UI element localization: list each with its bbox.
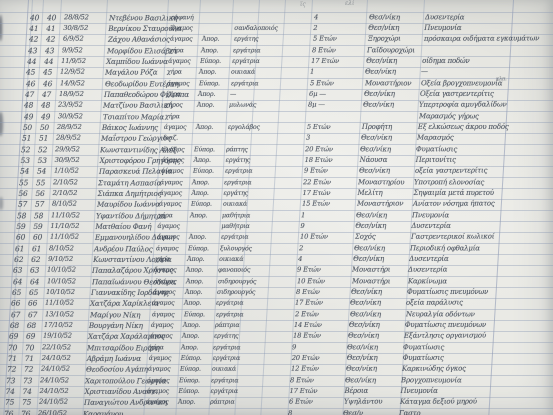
- cell-name: Υφαντίδου Δήμητρα: [96, 210, 165, 221]
- cell-serial-2: 75: [22, 397, 31, 408]
- cell-serial-1: 42: [29, 34, 38, 45]
- ledger-row: 595911/10/52Ματθαίου Φανήάγαμοςμαθήτρια9…: [0, 221, 539, 232]
- cell-date: 24/10/52: [42, 353, 71, 364]
- cell-cause: Δυσεντερία: [408, 265, 447, 276]
- cell-marital-status: άγαμος: [146, 397, 169, 408]
- cell-cause: Γαστρεντερικοί κωλικοί: [411, 231, 494, 242]
- cell-cause: Πνευμονία: [401, 386, 438, 397]
- cell-serial-1: 65: [12, 287, 21, 298]
- ledger-row: 414130/8/52Βερνίκου Σταυρούλαάγαμοςσανδα…: [0, 23, 552, 34]
- cell-occupation: εργάτρια: [221, 232, 248, 243]
- cell-cause: Εξ ελκώσεως άκρου ποδός: [418, 122, 509, 133]
- cell-occupation: εργάτρια: [233, 45, 260, 56]
- cell-serial-2: 47: [42, 89, 51, 100]
- cell-serial-2: 69: [26, 331, 35, 342]
- cell-age: 9 Ετών: [304, 166, 328, 177]
- cell-serial-2: 48: [41, 100, 50, 111]
- cell-serial-1: 44: [27, 56, 36, 67]
- ledger-row: 707022/10/52Μπιτσαρίδου ΕιρήνηχήραΆπορ.ε…: [0, 342, 531, 353]
- cell-date: 12/9/52: [60, 67, 85, 78]
- cell-cause: —: [421, 67, 428, 78]
- ledger-row: 727224/10/52Θεοδοσίου ΑγάπηάγαμοςΕύπορ.ο…: [0, 364, 530, 375]
- cell-occupation: εργάτης: [234, 34, 259, 45]
- cell-serial-2: 76: [21, 408, 30, 415]
- cell-serial-2: 62: [31, 254, 40, 265]
- cell-serial-2: 74: [23, 386, 32, 397]
- ledger-row: 42426/9/52Ζάχου ΑθανάσιοςάγαμοςΆπορ.εργά…: [0, 34, 552, 45]
- cell-age: 3: [306, 133, 310, 144]
- cell-marital-status: άγαμος: [147, 375, 170, 386]
- cell-date: 28/8/52: [64, 12, 89, 23]
- cell-cause: Φυματίωσις πνευμόνων: [405, 320, 486, 331]
- cell-class: Άπορ.: [202, 34, 219, 45]
- cell-occupation: σανδαλοποιός: [234, 23, 278, 34]
- cell-age: 18 Ετών: [293, 331, 321, 342]
- cell-cause: Υπερτροφία αμυγδαλίδων: [419, 99, 507, 110]
- cell-cause: Φυματίωσις: [403, 342, 444, 353]
- cell-serial-2: 59: [33, 221, 42, 232]
- ledger-row: 676713/10/52Μαρίγου ΝίκηάγαμοςΕύπορ.εργά…: [0, 309, 534, 320]
- cell-class: Άπορ.: [184, 298, 201, 309]
- cell-serial-2: 68: [27, 320, 36, 331]
- cell-serial-1: 71: [8, 353, 17, 364]
- cell-class: Εύπορ.: [181, 353, 202, 364]
- cell-occupation: εργάτρια: [231, 78, 258, 89]
- cell-age: 8 Ετών: [312, 45, 336, 56]
- cell-class: Άπορ.: [199, 67, 216, 78]
- cell-place: Μοναστήρι: [352, 276, 390, 287]
- ledger-row: 717124/10/52Αβράμη ΙωάνναάγαμοςΕύπορ.εργ…: [0, 353, 531, 364]
- cell-marital-status: ορφανή: [171, 12, 194, 23]
- cell-serial-2: 67: [28, 309, 37, 320]
- cell-serial-1: 76: [4, 408, 13, 415]
- cell-marital-status: άγαμος: [161, 166, 184, 177]
- cell-marital-status: άγαμος: [151, 320, 173, 331]
- cell-occupation: εργάτρια: [232, 56, 259, 67]
- cell-date: 22/10/52: [42, 342, 71, 353]
- ledger-row: 454512/9/52Μαγάλου ΡόζαχήραΆπορ.οικιακά1…: [0, 67, 549, 78]
- cell-serial-2: 53: [38, 155, 47, 166]
- cell-class: Άπορ.: [178, 397, 195, 408]
- cell-marital-status: άγαμος: [162, 155, 184, 166]
- cell-age: 1: [310, 67, 314, 78]
- cell-serial-1: 64: [13, 276, 22, 287]
- cell-occupation: ράπτης: [226, 144, 248, 155]
- cell-age: 8μ —: [308, 100, 325, 111]
- cell-occupation: εργάτρια: [213, 342, 240, 353]
- cell-name: Τσιαπίτου Μαρία: [103, 111, 164, 122]
- cell-name: Μορφίδου Ελισάβετ: [107, 45, 177, 56]
- ledger-row: 747424/10/52Χριστιανίδου Αναστ.άγαμοςΕύπ…: [0, 386, 529, 397]
- cell-class: Εύπορ.: [179, 375, 200, 386]
- cell-interline-note: κλπ.: [496, 74, 507, 85]
- cell-place: Θεσ/νίκη: [353, 254, 384, 265]
- cell-age: 6 Ετών: [289, 397, 313, 408]
- cell-occupation: οικιακά: [223, 199, 247, 210]
- cell-age: 8 Ετών: [296, 287, 320, 298]
- cell-place: Θεσ/νίκη: [349, 320, 380, 331]
- cell-cause: οξεία γαστρεντερίτις: [415, 165, 487, 176]
- cell-age: 1: [301, 210, 305, 221]
- cell-serial-2: 66: [28, 298, 37, 309]
- cell-cause: Υποτροπή ελονοσίας: [414, 177, 484, 188]
- cell-cause: Φυματίωσις: [416, 144, 457, 155]
- cell-place: Μοναστήριον: [365, 78, 411, 89]
- cell-class: Άπορ.: [187, 254, 204, 265]
- cell-age: 17 Ετών: [290, 386, 318, 397]
- cell-serial-2: 44: [44, 56, 53, 67]
- cell-name: Μαυρίδου Ιωάννα: [97, 198, 160, 209]
- cell-cause: Οξεία γαστρεντερίτις: [420, 89, 494, 100]
- ledger-row: 474718/9/52Παπαθεοδώρου ΦίλιππαχήραΆπορ.…: [0, 89, 548, 100]
- cell-serial-2: 63: [30, 265, 39, 276]
- cell-name: Ντεβένου Βασιλική: [109, 12, 177, 23]
- cell-date: 28/9/52: [57, 122, 82, 133]
- cell-occupation: εργάτρια: [224, 177, 251, 188]
- cell-class: Άπορ.: [189, 232, 206, 243]
- cell-occupation: ράπτρια: [210, 397, 235, 408]
- cell-serial-1: 49: [24, 111, 33, 122]
- cell-age: 17 Ετών: [302, 188, 330, 199]
- cell-serial-1: 61: [15, 243, 24, 254]
- cell-age: 20 Ετών: [305, 144, 333, 155]
- cell-class: Εύπορ.: [200, 56, 221, 67]
- cell-marital-status: χήρα: [158, 210, 173, 221]
- cell-serial-2: 65: [29, 287, 38, 298]
- cell-place: Θεσ/νίκη: [369, 12, 400, 23]
- cell-serial-1: 41: [29, 23, 38, 34]
- ledger-row: 696919/10/52Χατζάρα ΧαράλαμποςάγαμοςΆπορ…: [0, 331, 532, 342]
- cell-date: 2/10/52: [53, 177, 78, 188]
- cell-class: Εύπορ.: [193, 166, 214, 177]
- cell-date: 17/10/52: [44, 320, 73, 331]
- ledger-row: 737324/10/52Χαριτοπούλου ΓεωργίαάγαμοςΕύ…: [0, 375, 529, 386]
- cell-marital-status: άγαμος: [152, 309, 175, 320]
- cell-cause: Μαρασμός γήρως: [419, 111, 479, 122]
- cell-cause: Εξάντλησις οργανισμού: [404, 330, 486, 341]
- cell-date: 11/10/52: [45, 298, 74, 309]
- ledger-row: 686817/10/52Βουργάνη ΝίκηάγαμοςΆπορ.ράπτ…: [0, 320, 533, 331]
- cell-place: Θεσ/νίκη: [350, 309, 381, 320]
- cell-serial-2: 51: [39, 133, 48, 144]
- cell-name: Χατζάρα Χαρίκλεια: [90, 297, 159, 308]
- cell-marital-status: χήρα: [149, 342, 164, 353]
- cell-serial-1: 46: [26, 78, 35, 89]
- cell-serial-2: 72: [24, 364, 33, 375]
- cell-age: 2: [299, 243, 303, 254]
- cell-class: Άπορ.: [182, 331, 199, 342]
- cell-occupation: φανοποιός: [218, 265, 250, 276]
- cell-serial-1: 75: [5, 397, 14, 408]
- cell-serial-2: 60: [33, 232, 42, 243]
- cell-age: 10 Ετών: [300, 232, 328, 243]
- clipped-previous-row-fragment: ελί: [345, 0, 354, 7]
- cell-date: 19/10/52: [43, 331, 72, 342]
- cell-serial-1: 60: [16, 232, 25, 243]
- cell-place: Θεσ/νίκη: [364, 89, 395, 100]
- cell-serial-1: 67: [11, 309, 20, 320]
- cell-cause: οίδημα ποδών: [422, 56, 469, 67]
- cell-age: 15 Ετών: [302, 199, 330, 210]
- cell-age: 6μ —: [309, 89, 326, 100]
- cell-serial-2: 64: [30, 276, 39, 287]
- cell-date: 6/9/52: [63, 34, 84, 45]
- cell-serial-2: 41: [46, 23, 55, 34]
- cell-age: 12 Ετών: [291, 364, 319, 375]
- cell-marital-status: άγαμος: [148, 364, 171, 375]
- cell-age: 8 Ετών: [290, 375, 314, 386]
- cell-occupation: εργάτης: [226, 155, 250, 166]
- cell-serial-1: 72: [7, 364, 16, 375]
- cell-occupation: οικιακά: [219, 254, 243, 265]
- cell-place: Νάουσα: [360, 155, 388, 166]
- cell-place: Θεσ/νίκη: [347, 342, 378, 353]
- cell-serial-2: 71: [25, 353, 34, 364]
- cell-occupation: εργάτρια: [211, 386, 238, 397]
- cell-marital-status: άγαμος: [160, 177, 183, 188]
- cell-marital-status: άγαμος: [156, 243, 179, 254]
- cell-date: 24/10/52: [41, 364, 70, 375]
- cell-cause: Καρκινώδης όγκος: [402, 363, 466, 374]
- cell-age: 8: [288, 408, 292, 415]
- cell-date: 18/9/52: [59, 89, 84, 100]
- cell-marital-status: άγαμος: [149, 353, 171, 364]
- cell-date: 2/10/52: [52, 188, 77, 199]
- cell-age: 2: [313, 23, 317, 34]
- ledger-row: 757524/10/52Παναγιώτου ΑνδρονίκηάγαμοςΆπ…: [0, 397, 528, 408]
- cell-occupation: εργάτρια: [213, 353, 240, 364]
- cell-serial-2: 52: [38, 144, 47, 155]
- cell-cause: Φυματίωσις πνευμόνων: [407, 287, 488, 298]
- cell-date: 30/8/52: [63, 23, 88, 34]
- ledger-row: 646410/10/52Παπαϊωάννου ΘεοδώραάγαμοςΆπο…: [0, 276, 536, 287]
- cell-name: Χαμπίδου Ιωάννα: [106, 56, 168, 67]
- cell-class: Εύπορ.: [191, 199, 212, 210]
- cell-place: Θεσ/νίκη: [359, 166, 390, 177]
- cell-cause: Περιτονίτις: [416, 155, 456, 166]
- cell-serial-1: 50: [23, 122, 32, 133]
- ledger-row: 606011/10/52Εμμανουηλίδου ΔάφνηάγαμοςΆπο…: [0, 232, 539, 243]
- cell-cause: Φυματίωσις: [403, 353, 444, 364]
- cell-age: 9 Ετών: [297, 265, 321, 276]
- cell-date: 30/9/52: [58, 111, 83, 122]
- ledger-row: 636310/10/52Παπαλαζάρου ΧρήστοςάγαμοςΆπο…: [0, 265, 536, 276]
- cell-name: Ζάχου Αθανάσιος: [108, 33, 170, 44]
- cell-class: Άπορ.: [201, 45, 218, 56]
- clipped-previous-row-fragment: ϊς: [300, 1, 306, 8]
- cell-age: 14 Ετών: [294, 320, 322, 331]
- cell-place: Θεσ/νίκη: [360, 144, 391, 155]
- ledger-row: 444411/9/52Χαμπίδου ΙωάνναάγαμοςΕύπορ.ερ…: [0, 56, 550, 67]
- cell-place: Θεσ/νίκη: [355, 221, 386, 232]
- cell-age: 4: [314, 12, 318, 23]
- cell-class: Εύπορ.: [184, 309, 205, 320]
- cell-date: 1/10/52: [54, 166, 79, 177]
- ledger-row: 656510/10/52Γιαννακίδης ΙορδάνηςάγαμοςΆπ…: [0, 287, 535, 298]
- cell-name: Μαΐστρου Γεώργιος: [101, 132, 171, 143]
- cell-marital-status: άγαμος: [147, 386, 169, 397]
- cell-date: 11/10/52: [50, 221, 79, 232]
- ledger-row: 515128/9/52Μαΐστρου Γεώργιοςδιαζ.3Θεσ/νί…: [0, 133, 545, 144]
- cell-place: Θεσ/νίκη: [348, 331, 379, 342]
- cell-class: Άπορ.: [194, 155, 211, 166]
- cell-serial-1: 52: [21, 144, 30, 155]
- cell-class: Άπορ.: [183, 320, 200, 331]
- cell-occupation: εργάτης: [214, 331, 239, 342]
- cell-serial-1: 70: [8, 342, 17, 353]
- cell-date: 8/10/52: [49, 243, 74, 254]
- cell-marital-status: χήρα: [167, 67, 182, 78]
- cell-serial-1: 66: [11, 298, 20, 309]
- cell-date: 26/10/52: [38, 408, 67, 415]
- cell-marital-status: άγαμος: [168, 56, 190, 67]
- ledger-row: 666611/10/52Χατζάρα ΧαρίκλειαάγαμοςΆπορ.…: [0, 298, 534, 309]
- cell-serial-1: 51: [22, 133, 31, 144]
- cell-date: 10/10/52: [47, 265, 76, 276]
- cell-place: Θεσ/νίκη: [365, 67, 396, 78]
- ledger-row: 62629/10/52Κωνσταντίνου ΛουκίαχήραΆπορ.ο…: [0, 254, 537, 265]
- cell-name: Αβράμη Ιωάννα: [87, 353, 141, 364]
- cell-age: 10 Ετών: [297, 276, 325, 287]
- ledger-row: 525229/9/52Κωνσταντινίδης Αλέξ.άγαμοςΕύπ…: [0, 144, 544, 155]
- cell-occupation: ράπτρια: [215, 320, 240, 331]
- cell-marital-status: άγαμος: [164, 122, 186, 133]
- cell-date: 23/9/52: [58, 100, 83, 111]
- ledger-row-clipped: 767626/10/52Καραμάνου8Θεσ/νΓαστρ: [0, 408, 527, 415]
- cell-serial-2: 55: [36, 177, 45, 188]
- ledger-row: 57578/10/52Μαυρίδου ΙωάνναάγαμοςΕύπορ.οι…: [0, 199, 541, 210]
- cell-serial-2: 57: [35, 199, 44, 210]
- cell-serial-1: 40: [30, 12, 39, 23]
- cell-date: 30/9/52: [55, 155, 80, 166]
- cell-serial-1: 57: [18, 199, 27, 210]
- ledger-row: 535330/9/52Χριστοφόρου ΓρηγόρηςάγαμοςΆπο…: [0, 155, 544, 166]
- cell-name: Βάικος Ιωάννης: [102, 122, 158, 133]
- ledger-row: 56562/10/52Σιάπκα ΔημήτριοςάγαμοςΆπορ.ερ…: [0, 188, 541, 199]
- cell-place: Μελίτη: [357, 188, 382, 199]
- cell-cause: Βρογχοπνευμονία: [401, 375, 462, 386]
- cell-age: 5 Ετών: [307, 122, 331, 133]
- cell-class: Άπορ.: [197, 100, 214, 111]
- cell-class: Άπορ.: [198, 89, 215, 100]
- cell-cause: οξεία παράλυσις: [406, 298, 463, 309]
- cell-date: 24/10/52: [39, 397, 68, 408]
- cell-class: Άπορ.: [185, 287, 202, 298]
- cell-place: Θεσ/νίκη: [347, 353, 378, 364]
- cell-place: Θεσ/ν: [343, 408, 363, 415]
- cell-serial-1: 58: [17, 210, 26, 221]
- cell-marital-status: διαζ.: [163, 133, 178, 144]
- cell-serial-1: 69: [9, 331, 18, 342]
- cell-occupation: εργάτης: [223, 188, 247, 199]
- cell-name: Ανδρέου Παύλος: [94, 243, 153, 254]
- cell-age: 5 Ετών: [313, 34, 337, 45]
- cell-serial-1: 62: [14, 254, 23, 265]
- cell-date: 29/9/52: [55, 144, 80, 155]
- cell-place: Θεσ/νίκη: [368, 23, 399, 34]
- cell-cause: Πνευμονία: [412, 210, 449, 221]
- cell-serial-2: 54: [37, 166, 46, 177]
- ledger-row: 484823/9/52Ματζίνου ΒασιλικήχήροςΆπορ.μυ…: [0, 100, 547, 111]
- cell-occupation: μαθήτρια: [222, 210, 250, 221]
- cell-place: Θεσ/νίκη: [363, 100, 394, 111]
- cell-cause: πρόσκαιρα οιδήματα εγκαυμάτων: [424, 33, 539, 44]
- ledger-row: 54541/10/52Παρασκευά ΠελαγίαάγαμοςΕύπορ.…: [0, 166, 543, 177]
- cell-occupation: εργολάβος: [228, 122, 260, 133]
- cell-cause: Δυσεντερία: [409, 254, 448, 265]
- cell-occupation: εργάτρια: [225, 166, 252, 177]
- cell-cause: Νευραλγία οδόντων: [406, 309, 475, 320]
- cell-date: 11/10/52: [50, 232, 79, 243]
- cell-marital-status: άγαμος: [170, 23, 192, 34]
- cell-place: Μοναστήριον: [357, 199, 403, 210]
- cell-occupation: σιδηρουργός: [218, 276, 256, 287]
- ledger-row: 585811/10/52Υφαντίδου ΔήμητραχήραΆπορ.μα…: [0, 210, 540, 221]
- cell-place: Υψηλάντου: [344, 397, 382, 408]
- cell-age: 18 Ετών: [305, 155, 333, 166]
- cell-name: Μαγάλου Ρόζα: [105, 67, 157, 78]
- cell-serial-1: 47: [25, 89, 34, 100]
- cell-marital-status: άγαμος: [154, 276, 177, 287]
- cell-serial-1: 43: [28, 45, 37, 56]
- cell-class: Άπορ.: [181, 342, 198, 353]
- cell-class: Εύπορ.: [179, 386, 200, 397]
- ledger-row: 404028/8/52Ντεβένου Βασιλικήορφανή4Θεσ/ν…: [0, 12, 553, 23]
- ledger-row: 55552/10/52Σταμάτη ΑσπασίαάγαμοςΆπορ.εργ…: [0, 177, 542, 188]
- cell-class: Άπορ.: [190, 210, 207, 221]
- cell-occupation: οικιακά: [212, 364, 236, 375]
- ledger-row: 43439/9/52Μορφίδου ΕλισάβετχήραΆπορ.εργά…: [0, 45, 551, 56]
- cell-place: Θεσ/νίκη: [345, 375, 376, 386]
- cell-place: Βέροια: [345, 386, 369, 397]
- cell-serial-1: 56: [18, 188, 27, 199]
- cell-serial-2: 43: [45, 45, 54, 56]
- cell-class: Εύπορ.: [188, 243, 209, 254]
- cell-place: Σοχός: [355, 232, 376, 243]
- cell-occupation: εργάτρια: [216, 309, 243, 320]
- cell-marital-status: χήρα: [169, 45, 184, 56]
- cell-occupation: —: [230, 89, 236, 100]
- cell-date: 10/10/52: [46, 287, 75, 298]
- cell-name: Μαρίγου Νίκη: [90, 309, 140, 320]
- cell-date: 10/10/52: [47, 276, 76, 287]
- cell-occupation: μυλωνάς: [229, 100, 256, 111]
- cell-name: Σιάπκα Δημήτριος: [97, 188, 161, 199]
- cell-marital-status: άγαμος: [157, 232, 180, 243]
- cell-serial-1: 55: [19, 177, 28, 188]
- cell-place: Θεσ/νίκη: [350, 298, 381, 309]
- cell-cause: Δυσεντερία: [411, 221, 450, 232]
- cell-class: Άπορ.: [196, 122, 213, 133]
- cell-serial-1: 53: [21, 155, 30, 166]
- cell-marital-status: χήρος: [165, 100, 183, 111]
- cell-marital-status: άγαμος: [152, 298, 175, 309]
- cell-serial-1: 74: [6, 386, 15, 397]
- cell-age: 9: [300, 221, 304, 232]
- cell-cause: Πνευμονία: [424, 23, 461, 34]
- cell-date: 14/9/52: [60, 78, 85, 89]
- cell-place: Ξηροχώρι: [368, 34, 401, 45]
- cell-cause: Σηψαιμία μετά πυρετού: [413, 188, 493, 199]
- cell-age: 2 Ετών: [295, 309, 319, 320]
- cell-class: Άπορ.: [186, 265, 203, 276]
- ledger-row: 61618/10/52Ανδρέου ΠαύλοςάγαμοςΕύπορ.ξυλ…: [0, 243, 538, 254]
- cell-name: Θεοδοσίου Αγάπη: [86, 363, 148, 374]
- cell-place: Γαϊδουροχώρι: [367, 45, 415, 56]
- cell-age: 4: [298, 254, 302, 265]
- cell-occupation: εργάτρια: [211, 375, 238, 386]
- cell-cause: Γαστρ: [399, 408, 420, 415]
